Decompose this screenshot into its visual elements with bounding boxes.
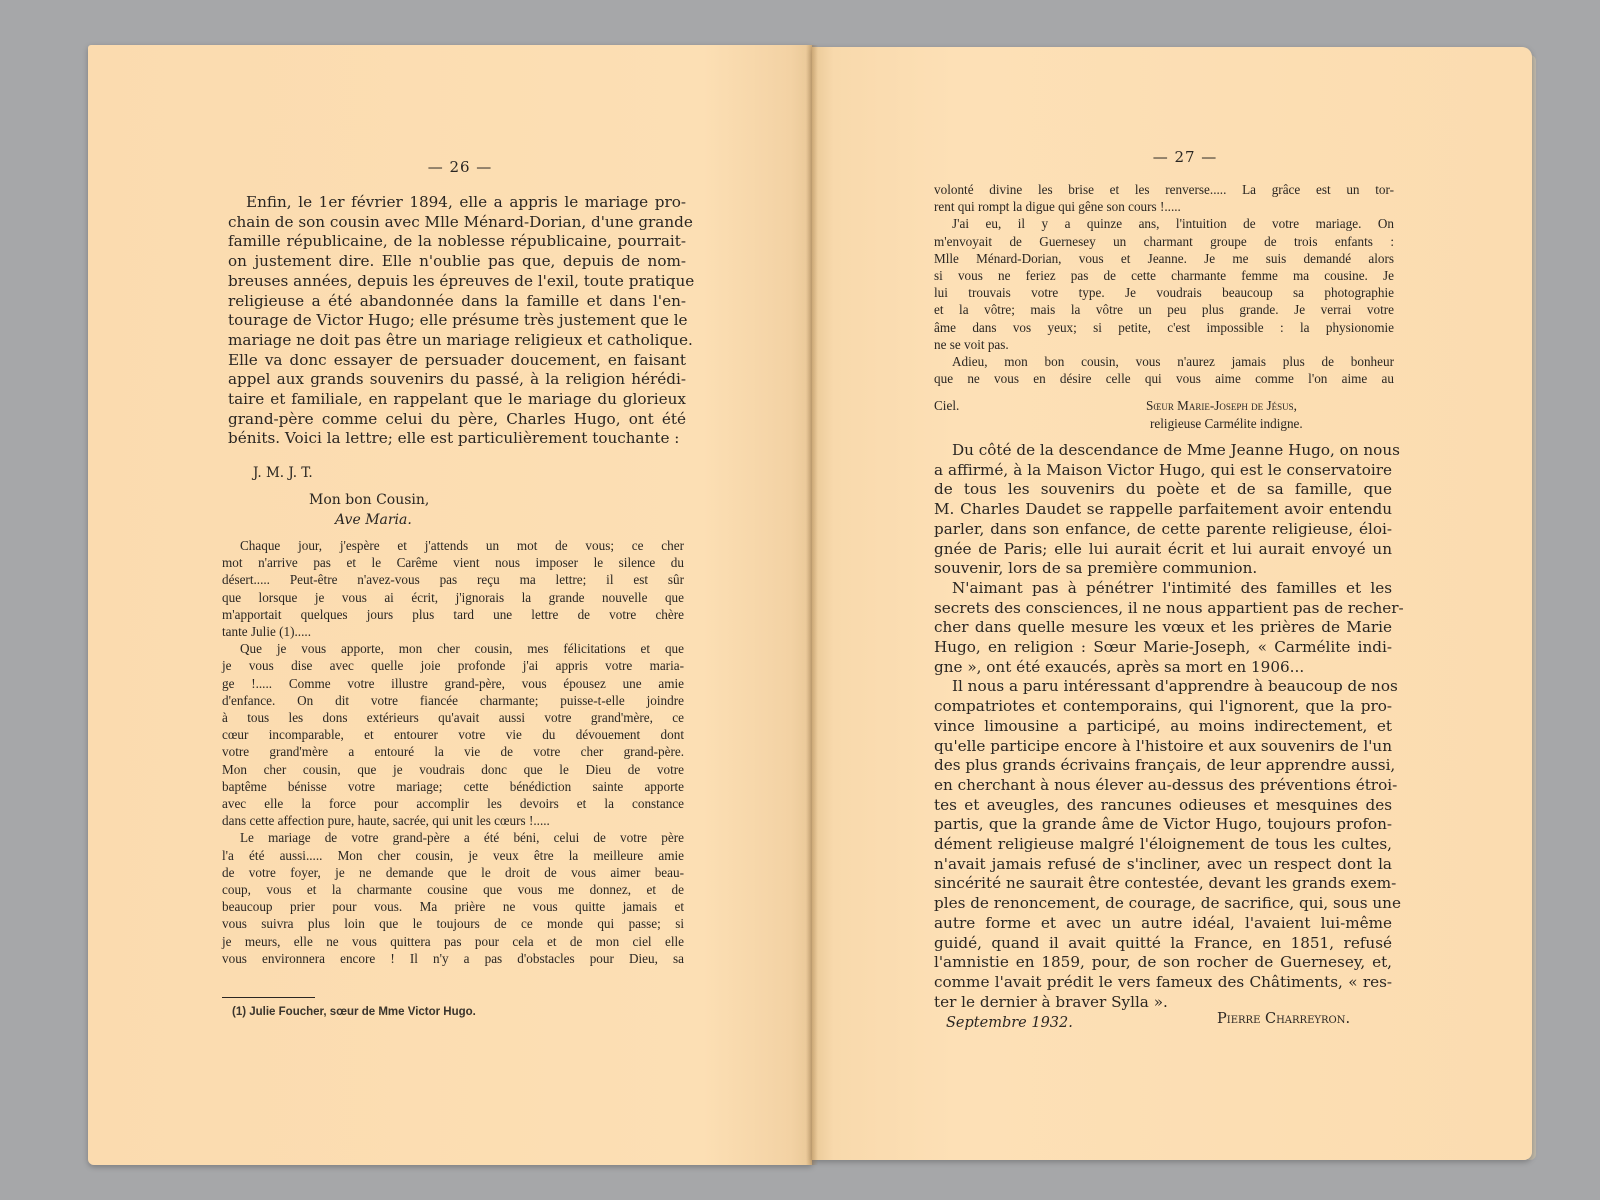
text-line: ge !..... Comme votre illustre grand-pèr… [222, 675, 684, 692]
text-line: Que je vous apporte, mon cher cousin, me… [222, 640, 684, 657]
left-intro-paragraph: Enfin, le 1er février 1894, elle a appri… [228, 193, 686, 449]
text-line: chain de son cousin avec Mlle Ménard-Dor… [228, 213, 686, 233]
text-line: cœur incomparable, et entourer votre vie… [222, 726, 684, 743]
text-line: en cherchant à nous élever au-dessus des… [934, 776, 1392, 796]
text-line: vous environnera encore ! Il n'y a pas d… [222, 950, 684, 967]
text-line: âme dans vos yeux; si petite, c'est impo… [934, 319, 1394, 336]
text-line: volonté divine les brise et les renverse… [934, 181, 1394, 198]
text-line: je meurs, elle ne vous quittera pas pour… [222, 933, 684, 950]
text-line: d'enfance. On dit votre fiancée charmant… [222, 692, 684, 709]
article-date: Septembre 1932. [946, 1015, 1073, 1031]
text-line: parler, dans son enfance, de cette paren… [934, 520, 1392, 540]
text-line: secrets des consciences, il ne nous appa… [934, 599, 1392, 619]
signature-name: Sœur Marie-Joseph de Jésus, [1146, 398, 1297, 414]
left-page-number: — 26 — [400, 158, 520, 176]
text-line: grand-père comme celui du père, Charles … [228, 410, 686, 430]
text-line: m'apportait quelques jours plus tard une… [222, 606, 684, 623]
footnote: (1) Julie Foucher, sœur de Mme Victor Hu… [232, 1006, 476, 1018]
text-line: je vous dise avec quelle joie profonde j… [222, 657, 684, 674]
text-line: vince limousine a participé, au moins in… [934, 717, 1392, 737]
text-line: compatriotes et contemporains, qui l'ign… [934, 697, 1392, 717]
text-line: gnée de Paris; elle lui aurait écrit et … [934, 540, 1392, 560]
text-line: l'amnistie en 1859, pour, de son rocher … [934, 953, 1392, 973]
text-line: beaucoup prier pour vous. Ma prière ne v… [222, 898, 684, 915]
letter-salutation: Mon bon Cousin, [309, 492, 429, 508]
text-line: Mlle Ménard-Dorian, vous et Jeanne. Je m… [934, 250, 1394, 267]
text-line: M. Charles Daudet se rappelle parfaiteme… [934, 500, 1392, 520]
text-line: appel aux grands souvenirs du passé, à l… [228, 370, 686, 390]
text-line: Mon cher cousin, que je voudrais donc qu… [222, 761, 684, 778]
text-line: vous suivra plus loin que le toujours de… [222, 915, 684, 932]
text-line: que lorsque je vous ai écrit, j'ignorais… [222, 589, 684, 606]
text-line: taire et familiale, en rappelant que le … [228, 390, 686, 410]
text-line: Chaque jour, j'espère et j'attends un mo… [222, 537, 684, 554]
text-line: si vous ne feriez pas de cette charmante… [934, 267, 1394, 284]
book-gutter [806, 45, 818, 1165]
text-line: Du côté de la descendance de Mme Jeanne … [934, 441, 1392, 461]
text-line: m'envoyait de Guernesey un charmant grou… [934, 233, 1394, 250]
text-line: avec elle la force pour accomplir les de… [222, 795, 684, 812]
right-letter-text: volonté divine les brise et les renverse… [934, 181, 1394, 387]
left-letter-text: Chaque jour, j'espère et j'attends un mo… [222, 537, 684, 967]
text-line: et la vôtre; mais la vôtre un peu plus g… [934, 301, 1394, 318]
text-line: à tous les dons extérieurs qu'avait auss… [222, 709, 684, 726]
text-line: n'avait jamais refusé de s'incliner, ave… [934, 855, 1392, 875]
text-line: Il nous a paru intéressant d'apprendre à… [934, 677, 1392, 697]
letter-ave-maria: Ave Maria. [335, 512, 412, 528]
text-line: cher dans quelle mesure les vœux et les … [934, 618, 1392, 638]
text-line: Enfin, le 1er février 1894, elle a appri… [228, 193, 686, 213]
text-line: J'ai eu, il y a quinze ans, l'intuition … [934, 215, 1394, 232]
text-line: on justement dire. Elle n'oublie pas que… [228, 252, 686, 272]
text-line: gne », ont été exaucés, après sa mort en… [934, 658, 1392, 678]
footnote-rule [222, 997, 315, 998]
letter-heading: J. M. J. T. [253, 465, 313, 481]
text-line: qu'elle participe encore à l'histoire et… [934, 737, 1392, 757]
right-body-text: Du côté de la descendance de Mme Jeanne … [934, 441, 1392, 1012]
letter-closing-word: Ciel. [934, 398, 959, 414]
text-line: breuses années, depuis les épreuves de l… [228, 272, 686, 292]
text-line: sincérité ne saurait être contestée, dev… [934, 874, 1392, 894]
text-line: partis, que la grande âme de Victor Hugo… [934, 815, 1392, 835]
text-line: a affirmé, à la Maison Victor Hugo, qui … [934, 461, 1392, 481]
text-line: coup, vous et la charmante cousine que v… [222, 881, 684, 898]
text-line: guidé, quand il avait quitté la France, … [934, 934, 1392, 954]
text-line: religieuse a été abandonnée dans la fami… [228, 292, 686, 312]
text-line: des plus grands écrivains français, de l… [934, 756, 1392, 776]
text-line: comme l'avait prédit le vers fameux des … [934, 973, 1392, 993]
text-line: tourage de Victor Hugo; elle présume trè… [228, 311, 686, 331]
text-line: l'a été aussi..... Mon cher cousin, je v… [222, 847, 684, 864]
text-line: dans cette affection pure, haute, sacrée… [222, 812, 684, 829]
text-line: que ne vous en désire celle qui vous aim… [934, 370, 1394, 387]
text-line: mot n'arrive pas et le Carême vient nous… [222, 554, 684, 571]
text-line: baptême bénisse votre mariage; cette bén… [222, 778, 684, 795]
text-line: mariage ne doit pas être un mariage reli… [228, 331, 686, 351]
text-line: tante Julie (1)..... [222, 623, 684, 640]
text-line: Adieu, mon bon cousin, vous n'aurez jama… [934, 353, 1394, 370]
text-line: lui trouvais votre type. Je voudrais bea… [934, 284, 1394, 301]
text-line: Le mariage de votre grand-père a été bén… [222, 829, 684, 846]
text-line: votre grand'mère a entouré la vie de vot… [222, 743, 684, 760]
text-line: autre forme et avec un autre idéal, l'av… [934, 914, 1392, 934]
text-line: dément religieuse malgré l'éloignement d… [934, 835, 1392, 855]
text-line: de tous les souvenirs du poète et de sa … [934, 480, 1392, 500]
text-line: de votre foyer, je ne demande que le dro… [222, 864, 684, 881]
text-line: Elle va donc essayer de persuader doucem… [228, 351, 686, 371]
right-page-number: — 27 — [1125, 148, 1245, 166]
text-line: ples de renoncement, de courage, de sacr… [934, 894, 1392, 914]
text-line: ter le dernier à braver Sylla ». [934, 993, 1392, 1013]
text-line: désert..... Peut-être n'avez-vous pas re… [222, 571, 684, 588]
text-line: rent qui rompt la digue qui gêne son cou… [934, 198, 1394, 215]
text-line: bénits. Voici la lettre; elle est partic… [228, 429, 686, 449]
text-line: souvenir, lors de sa première communion. [934, 559, 1392, 579]
text-line: famille républicaine, de la noblesse rép… [228, 232, 686, 252]
signature-title: religieuse Carmélite indigne. [1150, 416, 1303, 432]
text-line: Hugo, en religion : Sœur Marie-Joseph, «… [934, 638, 1392, 658]
text-line: tes et aveugles, des rancunes odieuses e… [934, 796, 1392, 816]
text-line: ne se voit pas. [934, 336, 1394, 353]
article-author: Pierre Charreyron. [1217, 1011, 1350, 1027]
text-line: N'aimant pas à pénétrer l'intimité des f… [934, 579, 1392, 599]
